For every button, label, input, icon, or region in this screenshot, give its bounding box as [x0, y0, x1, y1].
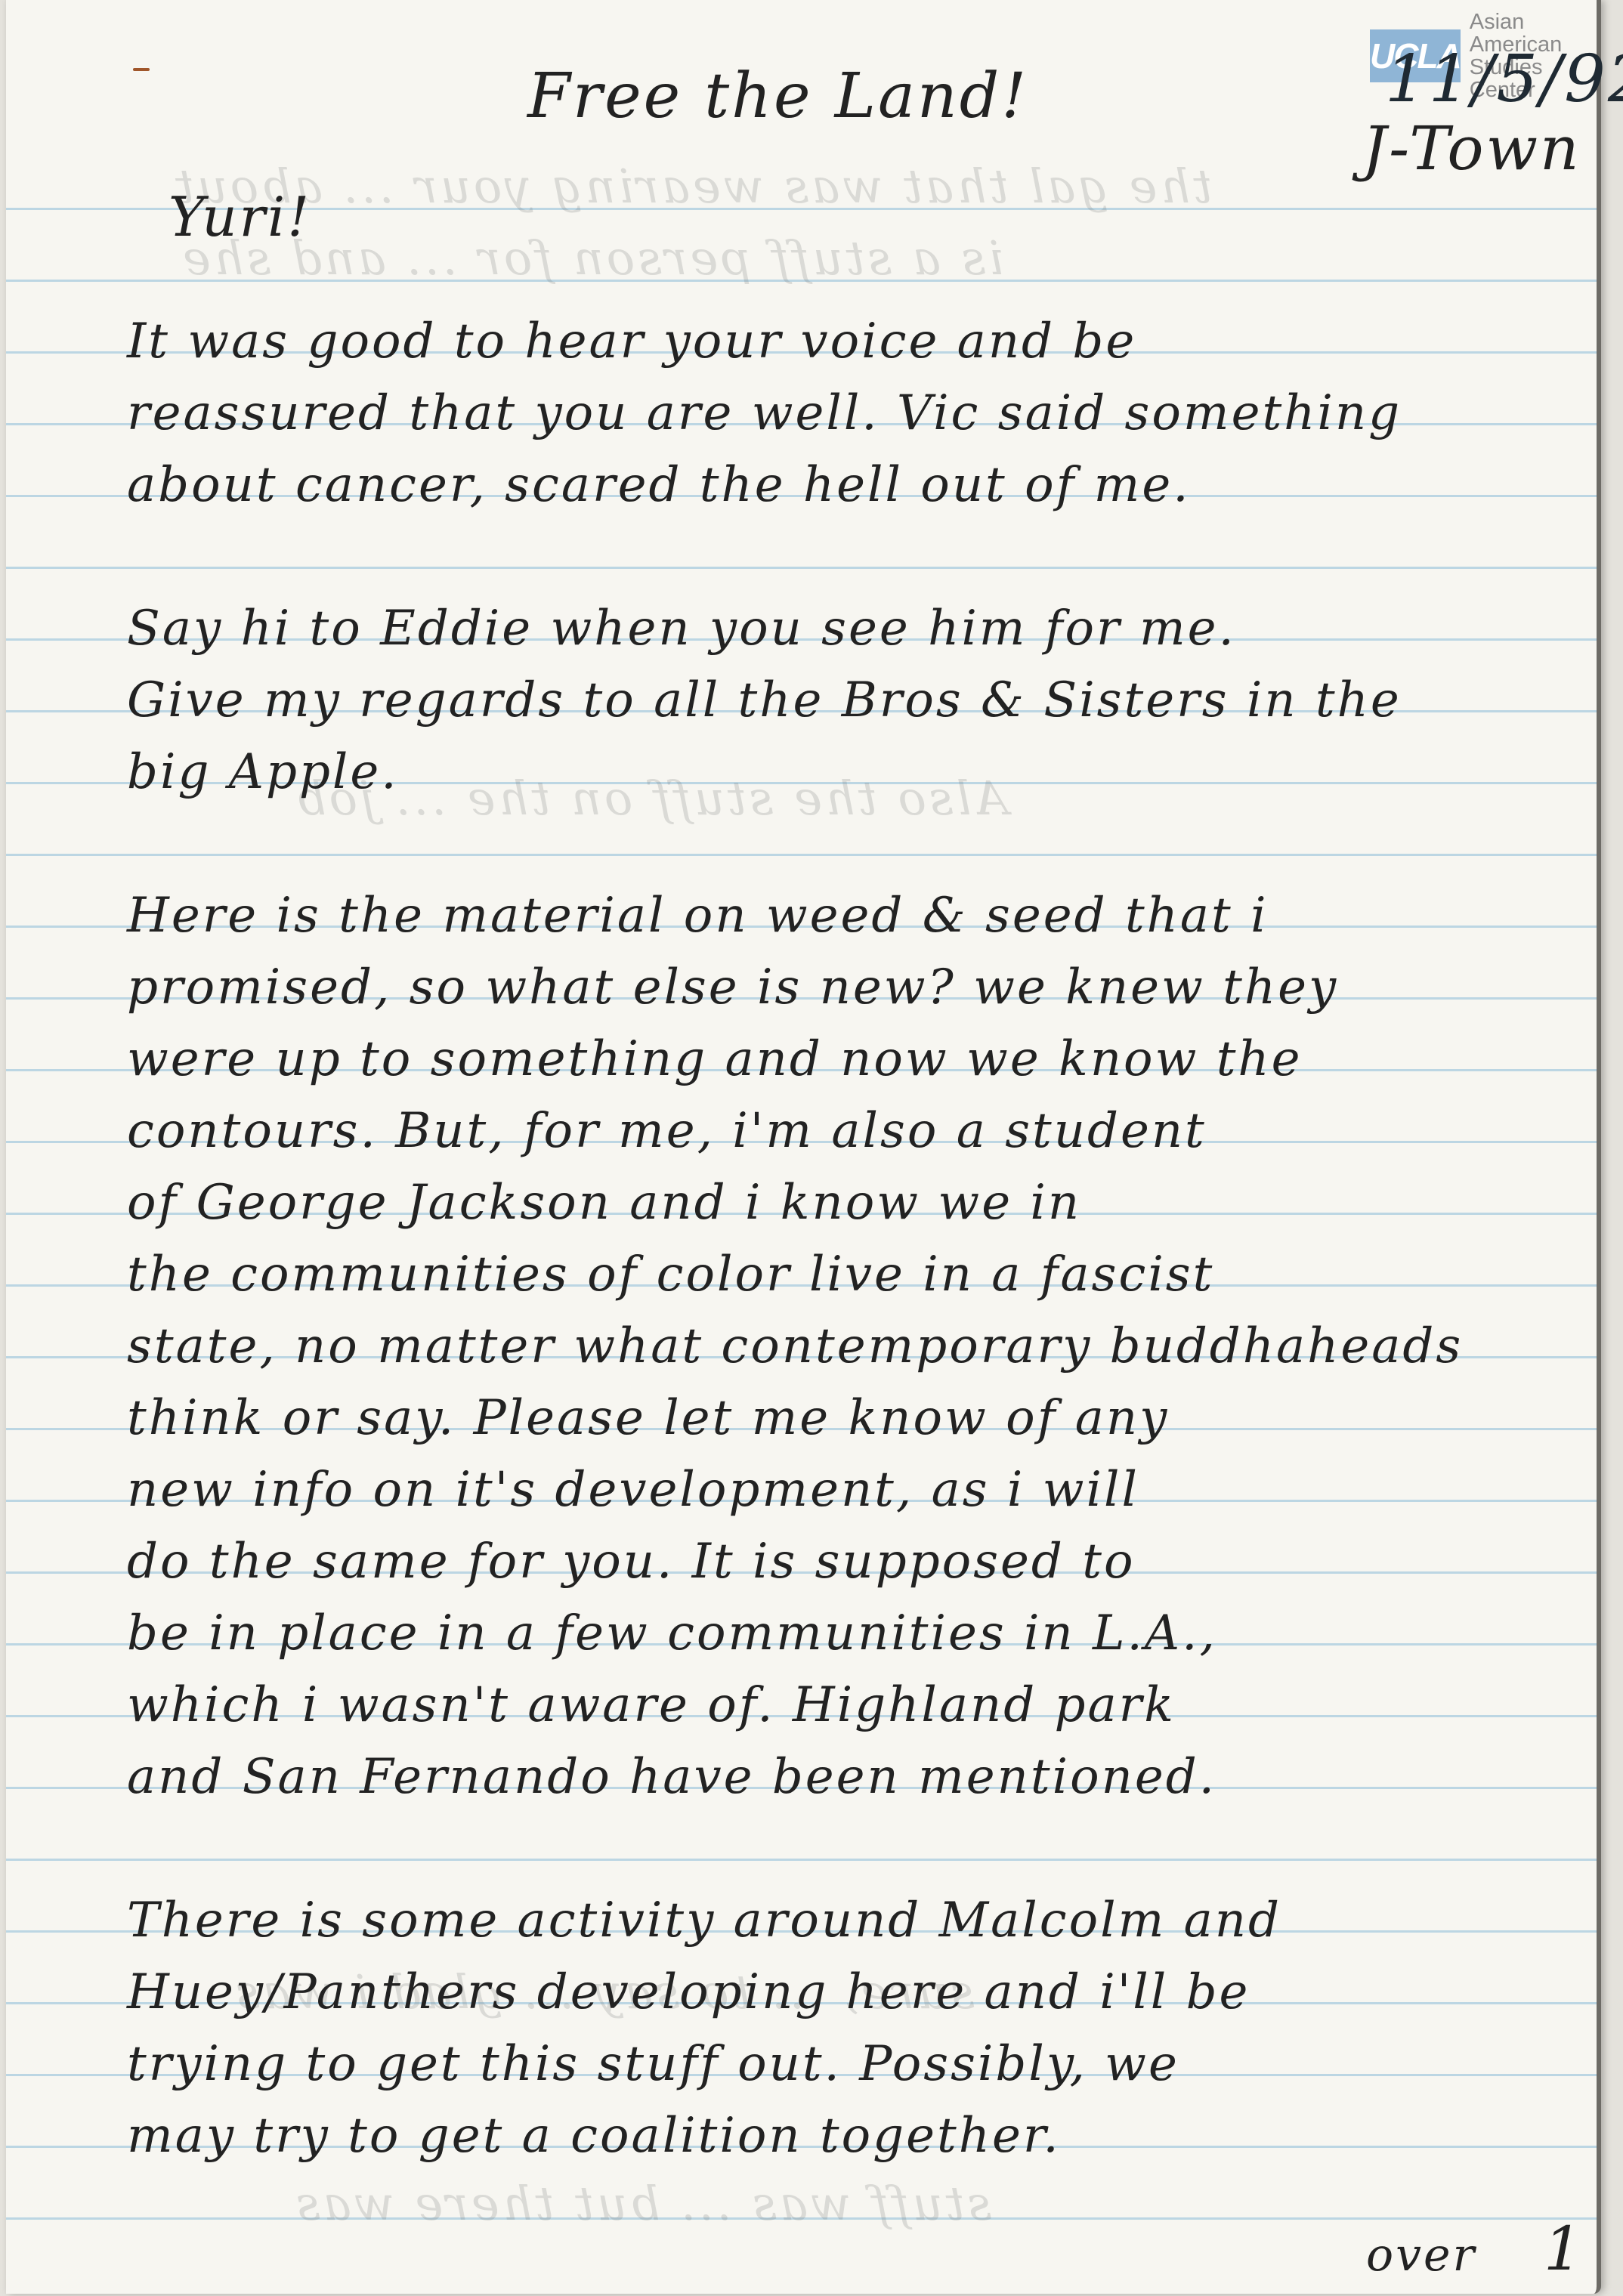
- body-line: the communities of color live in a fasci…: [127, 1247, 1214, 1303]
- over-note: over: [1366, 2229, 1476, 2282]
- paper-stain: [133, 68, 150, 71]
- body-line: It was good to hear your voice and be: [127, 314, 1136, 369]
- letter-date: 11/5/92: [1385, 42, 1623, 117]
- body-line: Here is the material on weed & seed that…: [127, 888, 1269, 944]
- page-number: 1: [1544, 2214, 1584, 2284]
- body-line: trying to get this stuff out. Possibly, …: [127, 2036, 1179, 2092]
- body-line: Say hi to Eddie when you see him for me.: [127, 601, 1236, 657]
- bleed-through-text: stuff was ... but there was: [293, 2176, 991, 2231]
- letter-place: J-Town: [1362, 113, 1581, 184]
- ruled-line: [6, 1859, 1597, 1861]
- letter-salutation: Yuri!: [168, 185, 311, 249]
- body-line: and San Fernando have been mentioned.: [127, 1749, 1216, 1805]
- body-line: which i wasn't aware of. Highland park: [127, 1677, 1176, 1733]
- body-line: promised, so what else is new? we knew t…: [127, 959, 1338, 1015]
- letter-page: the gal that was wearing your ... about …: [6, 0, 1601, 2294]
- body-line: reassured that you are well. Vic said so…: [127, 385, 1402, 441]
- letter-title: Free the Land!: [527, 60, 1028, 132]
- ruled-line: [6, 854, 1597, 856]
- body-line: state, no matter what contemporary buddh…: [127, 1318, 1463, 1374]
- body-line: may try to get a coalition together.: [127, 2108, 1061, 2164]
- body-line: new info on it's development, as i will: [127, 1462, 1139, 1518]
- ruled-line: [6, 567, 1597, 569]
- body-line: of George Jackson and i know we in: [127, 1175, 1081, 1231]
- body-line: big Apple.: [127, 744, 399, 800]
- body-line: were up to something and now we know the: [127, 1031, 1303, 1087]
- bleed-through-text: Also the stuff on the ... job: [293, 771, 1008, 826]
- body-line: Huey/Panthers developing here and i'll b…: [127, 1964, 1250, 2020]
- body-line: Give my regards to all the Bros & Sister…: [127, 672, 1402, 728]
- body-line: do the same for you. It is supposed to: [127, 1534, 1135, 1590]
- body-line: about cancer, scared the hell out of me.: [127, 457, 1191, 513]
- body-line: be in place in a few communities in L.A.…: [127, 1605, 1217, 1661]
- body-line: contours. But, for me, i'm also a studen…: [127, 1103, 1207, 1159]
- bleed-through-text: the gal that was wearing your ... about: [172, 159, 1212, 214]
- body-line: There is some activity around Malcolm an…: [127, 1893, 1281, 1948]
- body-line: think or say. Please let me know of any: [127, 1390, 1169, 1446]
